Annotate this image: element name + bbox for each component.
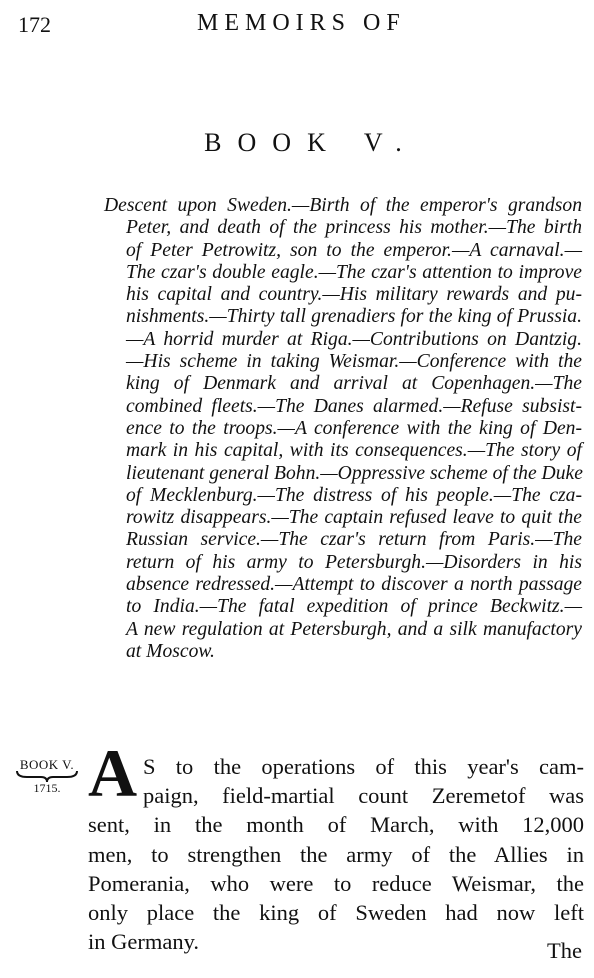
argument-line: of Mecklenburg.—The distress of his peop…	[104, 485, 582, 507]
margin-book-label: BOOK V.	[12, 757, 82, 773]
argument-line: mark in his capital, with its consequenc…	[104, 440, 582, 462]
argument-line: ence to the troops.—A conference with th…	[104, 418, 582, 440]
argument-line: absence redressed.—Attempt to discover a…	[104, 574, 582, 596]
body-line: Pomerania, who were to reduce Weismar, t…	[88, 869, 584, 898]
argument-line: his capital and country.—His military re…	[104, 284, 582, 306]
running-title: MEMOIRS OF	[197, 10, 406, 37]
body-paragraph: S to the operations of this year's cam- …	[88, 752, 584, 956]
margin-year: 1715.	[12, 781, 82, 796]
argument-line: —His scheme in taking Weismar.—Conferenc…	[104, 351, 582, 373]
body-line: only place the king of Sweden had now le…	[88, 898, 584, 927]
argument-line: combined fleets.—The Danes alarmed.—Refu…	[104, 396, 582, 418]
argument-line: rowitz disappears.—The captain refused l…	[104, 507, 582, 529]
margin-note: BOOK V. 1715.	[12, 757, 82, 796]
argument-line: return of his army to Petersburgh.—Disor…	[104, 552, 582, 574]
body-line: men, to strengthen the army of the Allie…	[88, 840, 584, 869]
body-line: paign, field-martial count Zeremetof was	[88, 781, 584, 810]
argument-line: nishments.—Thirty tall grenadiers for th…	[104, 306, 582, 328]
argument-line: at Moscow.	[104, 641, 582, 663]
argument-line: to India.—The fatal expedition of prince…	[104, 596, 582, 618]
catchword: The	[547, 938, 582, 964]
body-line: sent, in the month of March, with 12,000	[88, 810, 584, 839]
argument-line: Russian service.—The czar's return from …	[104, 529, 582, 551]
body-line: in Germany.	[88, 927, 584, 956]
page-number: 172	[18, 12, 51, 38]
body-line: S to the operations of this year's cam-	[88, 752, 584, 781]
argument-line: A new regulation at Petersburgh, and a s…	[104, 619, 582, 641]
argument-line: The czar's double eagle.—The czar's atte…	[104, 262, 582, 284]
book-heading: BOOK V.	[0, 128, 594, 158]
argument-line: Peter, and death of the princess his mot…	[104, 217, 582, 239]
argument-line: of Peter Petrowitz, son to the emperor.—…	[104, 240, 582, 262]
argument-line: —A horrid murder at Riga.—Contributions …	[104, 329, 582, 351]
argument-line: king of Denmark and arrival at Copenhage…	[104, 373, 582, 395]
argument-line: lieutenant general Bohn.—Oppressive sche…	[104, 463, 582, 485]
chapter-argument: Descent upon Sweden.—Birth of the empero…	[104, 195, 582, 663]
argument-line: Descent upon Sweden.—Birth of the empero…	[104, 195, 582, 217]
